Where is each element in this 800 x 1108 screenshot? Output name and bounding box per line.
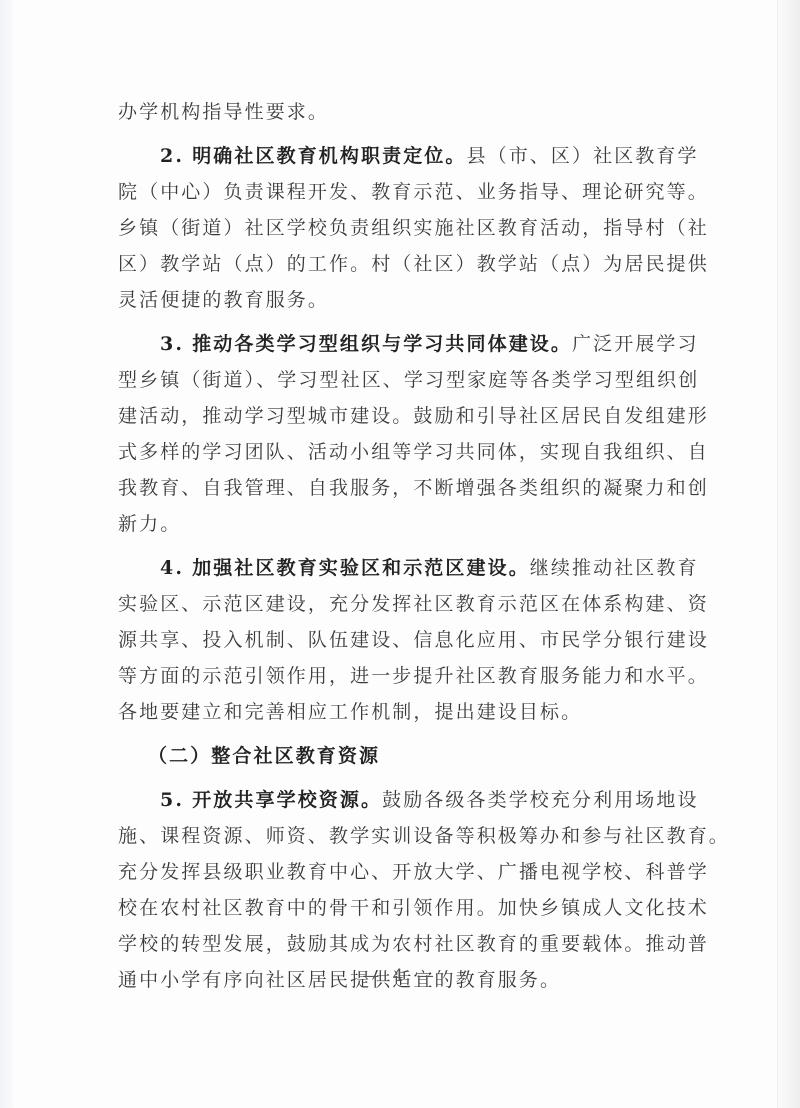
text-line: 学校的转型发展，鼓励其成为农村社区教育的重要载体。推动普 bbox=[118, 926, 648, 962]
paragraph-item-3: 3. 推动各类学习型组织与学习共同体建设。广泛开展学习 型乡镇（街道）、学习型社… bbox=[118, 326, 648, 542]
text-line: 乡镇（街道）社区学校负责组织实施社区教育活动，指导村（社 bbox=[118, 210, 648, 246]
item-heading: 推动各类学习型组织与学习共同体建设。 bbox=[192, 333, 572, 355]
section-heading: （二）整合社区教育资源 bbox=[118, 738, 648, 774]
item-number: 3. bbox=[160, 333, 184, 355]
text-line: 等方面的示范引领作用，进一步提升社区教育服务能力和水平。 bbox=[118, 658, 648, 694]
text-line: 区）教学站（点）的工作。村（社区）教学站（点）为居民提供 bbox=[118, 246, 648, 282]
item-text: 广泛开展学习 bbox=[572, 333, 699, 355]
text-line: 各地要建立和完善相应工作机制，提出建设目标。 bbox=[118, 694, 648, 730]
paragraph-item-2: 2. 明确社区教育机构职责定位。县（市、区）社区教育学 院（中心）负责课程开发、… bbox=[118, 138, 648, 318]
paragraph-item-4: 4. 加强社区教育实验区和示范区建设。继续推动社区教育 实验区、示范区建设，充分… bbox=[118, 550, 648, 730]
page-number: — 4 — bbox=[0, 966, 800, 986]
text-line: 校在农村社区教育中的骨干和引领作用。加快乡镇成人文化技术 bbox=[118, 890, 648, 926]
item-number: 2. bbox=[160, 145, 184, 167]
text-line: 施、课程资源、师资、教学实训设备等积极筹办和参与社区教育。 bbox=[118, 818, 648, 854]
item-number: 4. bbox=[160, 557, 184, 579]
text-line: 实验区、示范区建设，充分发挥社区教育示范区在体系构建、资 bbox=[118, 586, 648, 622]
text-line: 院（中心）负责课程开发、教育示范、业务指导、理论研究等。 bbox=[118, 174, 648, 210]
item-heading: 开放共享学校资源。 bbox=[192, 789, 382, 811]
scan-edge-left bbox=[0, 0, 14, 1108]
scan-edge-right bbox=[777, 0, 800, 1108]
text-line: 新力。 bbox=[118, 506, 648, 542]
paragraph-continuation: 办学机构指导性要求。 bbox=[118, 94, 648, 130]
text-line: 源共享、投入机制、队伍建设、信息化应用、市民学分银行建设 bbox=[118, 622, 648, 658]
text-line: 充分发挥县级职业教育中心、开放大学、广播电视学校、科普学 bbox=[118, 854, 648, 890]
item-text: 县（市、区）社区教育学 bbox=[467, 145, 699, 167]
text-line: 式多样的学习团队、活动小组等学习共同体，实现自我组织、自 bbox=[118, 434, 648, 470]
item-heading: 加强社区教育实验区和示范区建设。 bbox=[192, 557, 530, 579]
text-line: 型乡镇（街道）、学习型社区、学习型家庭等各类学习型组织创 bbox=[118, 362, 648, 398]
text-line: 灵活便捷的教育服务。 bbox=[118, 282, 648, 318]
document-body: 办学机构指导性要求。 2. 明确社区教育机构职责定位。县（市、区）社区教育学 院… bbox=[118, 94, 648, 998]
text-line: 我教育、自我管理、自我服务，不断增强各类组织的凝聚力和创 bbox=[118, 470, 648, 506]
item-heading: 明确社区教育机构职责定位。 bbox=[192, 145, 466, 167]
item-number: 5. bbox=[160, 789, 184, 811]
item-text: 继续推动社区教育 bbox=[530, 557, 699, 579]
text-line: 建活动，推动学习型城市建设。鼓励和引导社区居民自发组建形 bbox=[118, 398, 648, 434]
item-text: 鼓励各级各类学校充分利用场地设 bbox=[382, 789, 699, 811]
